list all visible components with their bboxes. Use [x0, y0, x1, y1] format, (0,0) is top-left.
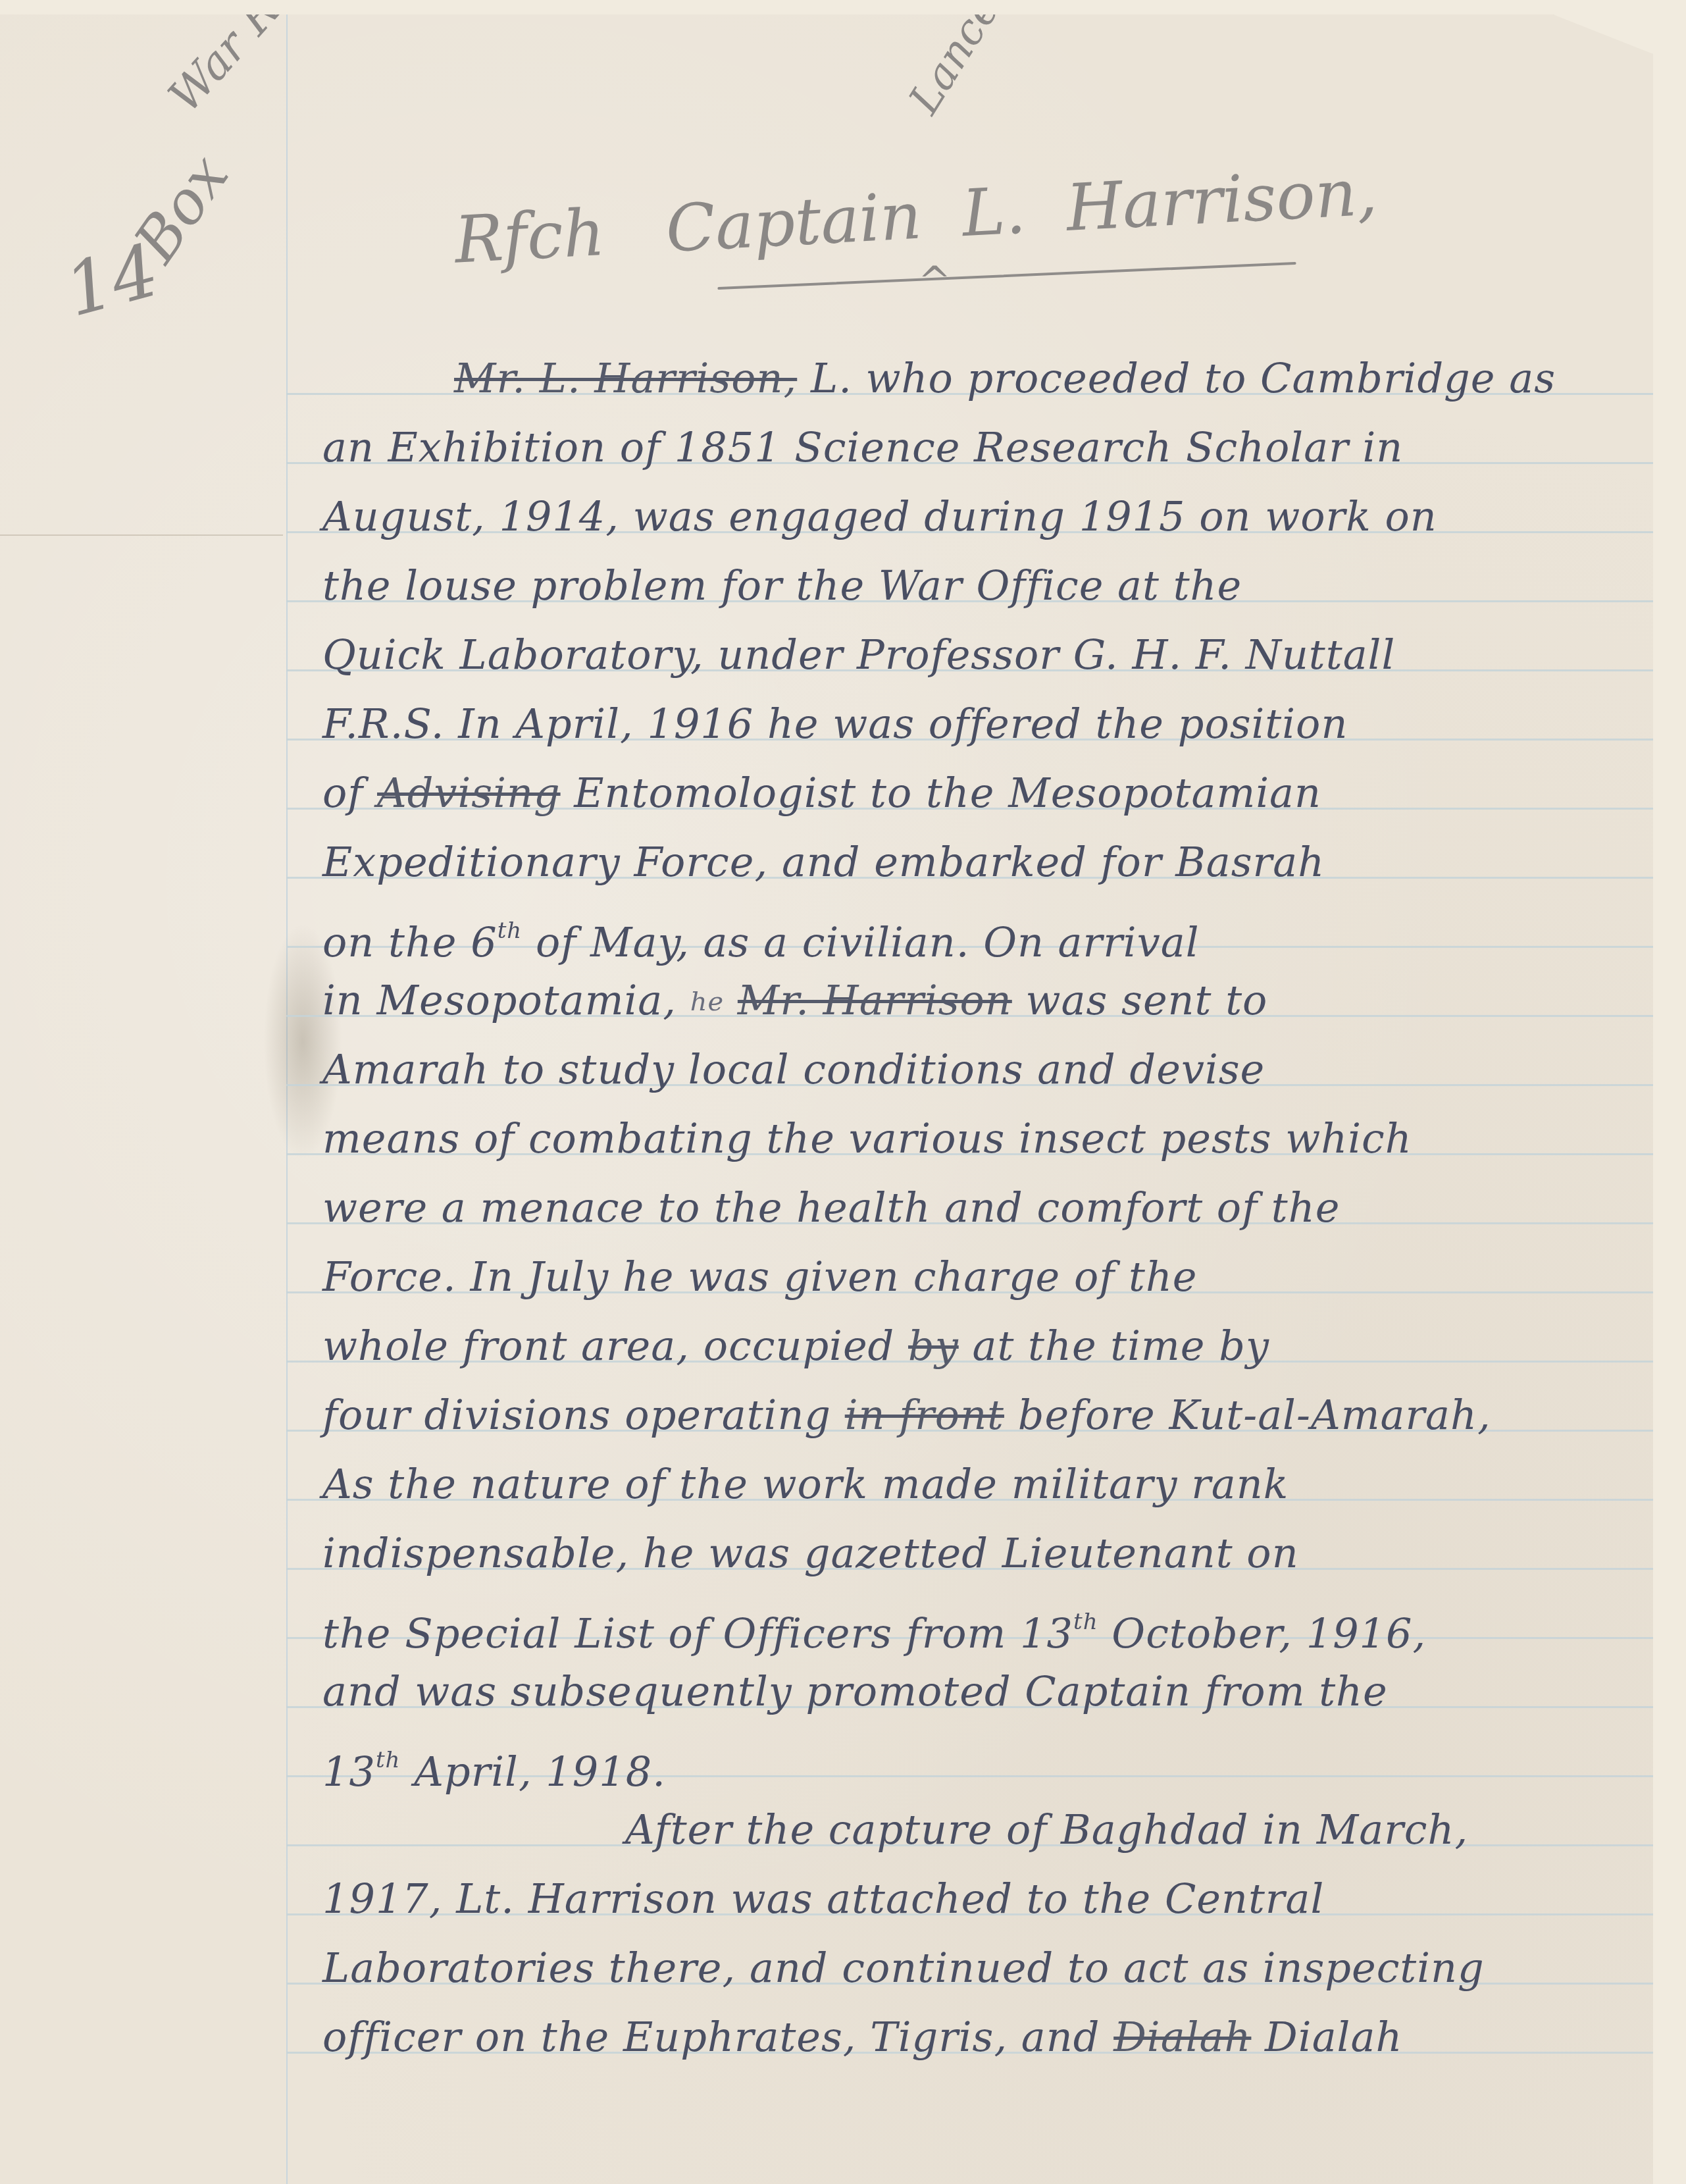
title-initial: L.	[960, 173, 1027, 251]
line-prefix: four divisions operating	[322, 1391, 831, 1439]
struck-text: Dialah	[1113, 2013, 1251, 2061]
superscript: th	[376, 1747, 401, 1773]
text-line: officer on the Euphrates, Tigris, and Di…	[322, 2002, 1652, 2071]
text-line: 13th April, 1918.	[322, 1726, 1652, 1795]
text-line: After the capture of Baghdad in March,	[322, 1795, 1652, 1864]
line-text: October, 1916,	[1111, 1609, 1426, 1657]
text-line: 1917, Lt. Harrison was attached to the C…	[322, 1864, 1652, 1933]
superscript: th	[1073, 1609, 1098, 1635]
title-surname: Harrison,	[1065, 155, 1379, 246]
line-prefix: on the 6	[322, 918, 498, 966]
manuscript-body: Mr. L. Harrison, L. who proceeded to Cam…	[322, 344, 1652, 2071]
line-text: was sent to	[1026, 976, 1268, 1024]
text-line: Amarah to study local conditions and dev…	[322, 1035, 1652, 1104]
line-text: Entomologist to the Mesopotamian	[574, 769, 1321, 817]
line-text: L. who proceeded to Cambridge as	[811, 354, 1556, 402]
document-title: Rfch Captain L. Harrison,	[453, 155, 1379, 278]
text-line: indispensable, he was gazetted Lieutenan…	[322, 1519, 1652, 1588]
text-line: an Exhibition of 1851 Science Research S…	[322, 413, 1652, 482]
struck-text: in front	[845, 1391, 1004, 1439]
text-line: and was subsequently promoted Captain fr…	[322, 1657, 1652, 1726]
text-line: Quick Laboratory, under Professor G. H. …	[322, 620, 1652, 689]
text-line: were a menace to the health and comfort …	[322, 1173, 1652, 1242]
line-prefix: officer on the Euphrates, Tigris, and	[322, 2013, 1100, 2061]
text-line: Force. In July he was given charge of th…	[322, 1242, 1652, 1311]
line-prefix: the Special List of Officers from 13	[322, 1609, 1073, 1657]
line-text: at the time by	[972, 1322, 1269, 1370]
line-text: April, 1918.	[414, 1748, 666, 1796]
text-line: the Special List of Officers from 13th O…	[322, 1588, 1652, 1657]
line-prefix: in Mesopotamia,	[322, 976, 677, 1024]
forename-insertion: Lancelot	[900, 0, 1038, 122]
inserted-text: he	[690, 987, 724, 1017]
title-prefix: Rfch	[453, 195, 607, 278]
text-line: the louse problem for the War Office at …	[322, 551, 1652, 620]
line-text: before Kut-al-Amarah,	[1018, 1391, 1491, 1439]
text-line: on the 6th of May, as a civilian. On arr…	[322, 897, 1652, 966]
superscript: th	[498, 918, 523, 944]
text-line: F.R.S. In April, 1916 he was offered the…	[322, 689, 1652, 758]
text-line: whole front area, occupied by at the tim…	[322, 1311, 1652, 1380]
text-line: of Advising Entomologist to the Mesopota…	[322, 758, 1652, 827]
line-prefix: whole front area, occupied	[322, 1322, 894, 1370]
line-text: of May, as a civilian. On arrival	[536, 918, 1200, 966]
text-line: Mr. L. Harrison, L. who proceeded to Cam…	[322, 344, 1652, 413]
title-rank: Captain	[664, 179, 923, 267]
struck-text: Mr. L. Harrison,	[454, 354, 797, 402]
struck-text: Advising	[377, 769, 561, 817]
title-underline	[717, 262, 1296, 290]
text-line: August, 1914, was engaged during 1915 on…	[322, 482, 1652, 551]
text-line: As the nature of the work made military …	[322, 1449, 1652, 1519]
text-line: in Mesopotamia, he Mr. Harrison was sent…	[322, 966, 1652, 1035]
text-line: Laboratories there, and continued to act…	[322, 1933, 1652, 2002]
text-line: four divisions operating in front before…	[322, 1380, 1652, 1449]
struck-text: Mr. Harrison	[738, 976, 1012, 1024]
struck-text: by	[908, 1322, 959, 1370]
war-records-annotation: War Records	[159, 0, 391, 122]
line-prefix: 13	[322, 1748, 376, 1796]
line-prefix: of	[322, 769, 363, 817]
text-line: Expeditionary Force, and embarked for Ba…	[322, 827, 1652, 897]
line-text: Dialah	[1265, 2013, 1402, 2061]
manuscript-page: War Records 14 Box Rfch Captain L. Harri…	[0, 14, 1653, 2184]
text-line: means of combating the various insect pe…	[322, 1104, 1652, 1173]
paper-fold	[0, 534, 283, 536]
insertion-caret: ^	[918, 258, 951, 304]
